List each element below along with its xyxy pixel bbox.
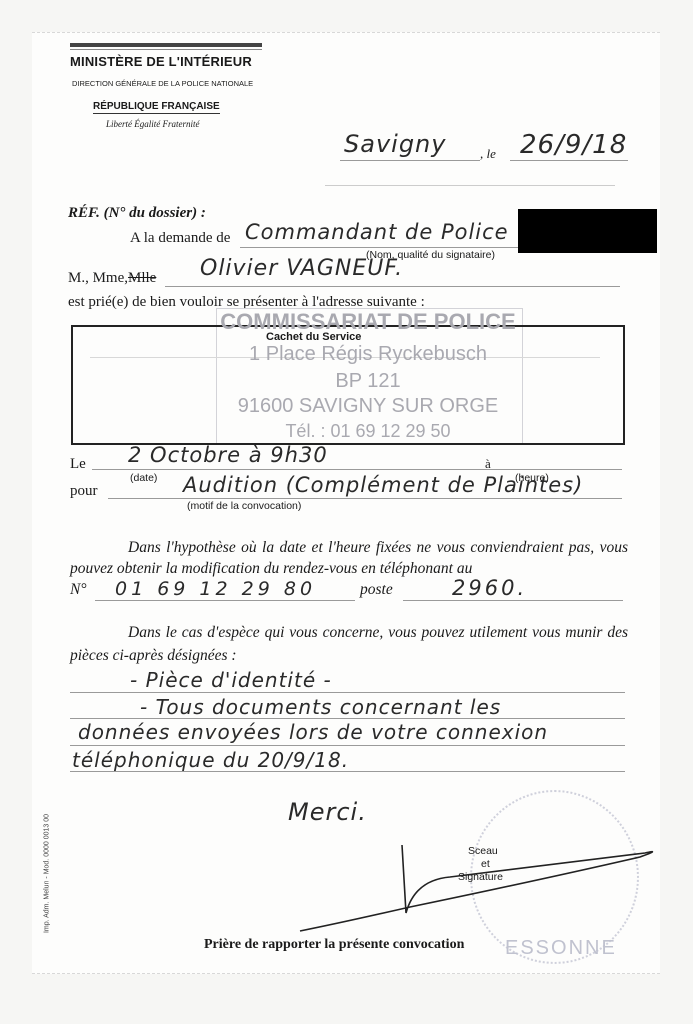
date-line bbox=[510, 160, 628, 161]
poste-line bbox=[403, 600, 623, 601]
footer-reminder: Prière de rapporter la présente convocat… bbox=[204, 937, 464, 953]
civility-options: M., Mme, bbox=[68, 270, 128, 286]
doc-line-3 bbox=[70, 745, 625, 746]
signature-label-1: Sceau bbox=[468, 845, 498, 857]
name-line bbox=[165, 286, 620, 287]
stamp-line-3: BP 121 bbox=[218, 370, 518, 393]
date-value: 26/9/18 bbox=[520, 130, 627, 160]
stamp-line-2: 1 Place Régis Ryckebusch bbox=[218, 343, 518, 366]
second-date-line bbox=[325, 185, 615, 186]
motto: Liberté Égalité Fraternité bbox=[106, 119, 200, 129]
notice-paragraph-2: Dans le cas d'espèce qui vous concerne, … bbox=[70, 621, 628, 667]
name-value: Olivier VAGNEUF. bbox=[200, 256, 403, 281]
poste-label: poste bbox=[360, 581, 393, 599]
service-box-label: Cachet du Service bbox=[266, 331, 361, 343]
le-label: , le bbox=[480, 146, 496, 162]
demande-label: A la demande de bbox=[130, 230, 230, 247]
appointment-date-value: 2 Octobre à 9h30 bbox=[128, 443, 328, 467]
poste-value: 2960. bbox=[452, 576, 527, 600]
appointment-a-label: à bbox=[485, 456, 491, 472]
document-item-3: données envoyées lors de votre connexion bbox=[78, 720, 548, 744]
ministry-title: MINISTÈRE DE L'INTÉRIEUR bbox=[70, 54, 252, 69]
phone-line bbox=[95, 600, 355, 601]
header-rule-thin bbox=[70, 49, 262, 50]
document-item-1: - Pièce d'identité - bbox=[130, 668, 332, 692]
republic-title: RÉPUBLIQUE FRANÇAISE bbox=[93, 101, 220, 114]
civility-struck: Mlle bbox=[128, 270, 156, 286]
place-value: Savigny bbox=[344, 130, 446, 158]
appointment-date-line bbox=[92, 469, 622, 470]
closing-note: Merci. bbox=[288, 798, 367, 826]
print-reference: Imp. Adm. Melun - Mod. 0000 0013 00 bbox=[44, 799, 51, 949]
redaction-box bbox=[518, 209, 657, 253]
doc-line-1 bbox=[70, 692, 625, 693]
civility-label: M., Mme,Mlle bbox=[68, 270, 156, 287]
direction-title: DIRECTION GÉNÉRALE DE LA POLICE NATIONAL… bbox=[72, 79, 253, 88]
date-hint: (date) bbox=[130, 472, 157, 484]
header-rule bbox=[70, 43, 262, 47]
stamp-line-4: 91600 SAVIGNY SUR ORGE bbox=[218, 395, 518, 418]
seal-text: ESSONNE bbox=[505, 937, 617, 960]
ref-label: RÉF. (N° du dossier) : bbox=[68, 205, 206, 222]
motif-line bbox=[108, 498, 622, 499]
stamp-line-1: COMMISSARIAT DE POLICE bbox=[218, 309, 518, 335]
signature-label-2: et bbox=[481, 858, 490, 870]
phone-value: 01 69 12 29 80 bbox=[115, 578, 316, 600]
notice-paragraph-1: Dans l'hypothèse où la date et l'heure f… bbox=[70, 537, 628, 579]
place-line bbox=[340, 160, 480, 161]
pour-label: pour bbox=[70, 483, 98, 500]
appointment-le-label: Le bbox=[70, 456, 86, 473]
stamp-line-5: Tél. : 01 69 12 29 50 bbox=[218, 421, 518, 442]
demande-value: Commandant de Police bbox=[245, 220, 509, 244]
motif-hint: (motif de la convocation) bbox=[187, 500, 301, 512]
motif-value: Audition (Complément de Plaintes) bbox=[183, 473, 583, 497]
document-item-2: - Tous documents concernant les bbox=[140, 695, 501, 719]
document-item-4: téléphonique du 20/9/18. bbox=[72, 748, 349, 772]
signature-label-3: Signature bbox=[458, 871, 503, 883]
no-label: N° bbox=[70, 581, 87, 599]
